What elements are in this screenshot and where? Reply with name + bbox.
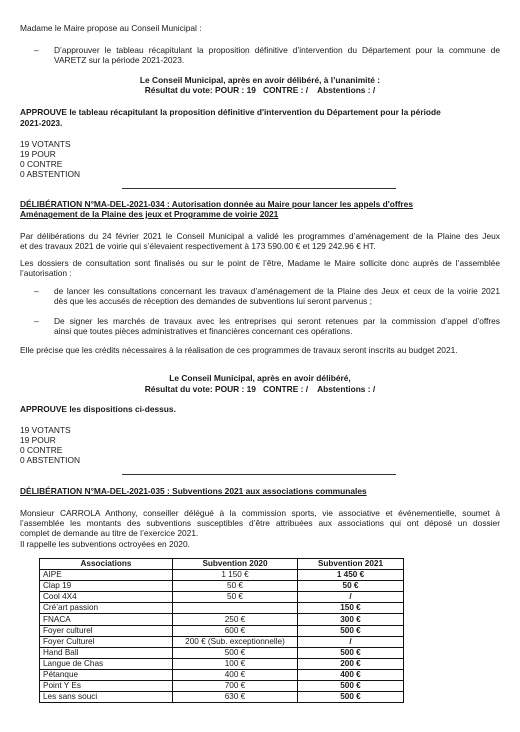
subvention-2021: 1 450 € xyxy=(298,570,404,581)
subvention-2021: 500 € xyxy=(298,647,404,658)
subvention-2021: / xyxy=(298,592,404,603)
tally-abstention: 0 ABSTENTION xyxy=(20,169,80,179)
deliberation-034-title-line1: DÉLIBÉRATION N°MA-DEL-2021-034 : Autoris… xyxy=(20,199,413,209)
approval2-line: APPROUVE les dispositions ci-dessus. xyxy=(20,404,176,414)
association-name: Les sans souci xyxy=(40,692,173,703)
subvention-2020: 200 € (Sub. exceptionnelle) xyxy=(173,636,298,647)
association-name: Clap 19 xyxy=(40,581,173,592)
association-name: Cré’art passion xyxy=(40,603,173,614)
subvention-2020: 700 € xyxy=(173,681,298,692)
subvention-2021: 500 € xyxy=(298,625,404,636)
association-name: Point Y Es xyxy=(40,681,173,692)
para-line3: complet de demande au titre de l’exercic… xyxy=(20,528,500,538)
para1-line2: et des travaux 2021 de voirie qui s’élev… xyxy=(20,241,500,251)
table-row: Cool 4X450 €/ xyxy=(40,592,404,603)
approval1-line1: APPROUVE le tableau récapitulant la prop… xyxy=(20,107,441,117)
para-line4: Il rappelle les subventions octroyées en… xyxy=(20,539,500,549)
approval1-line2: 2021-2023. xyxy=(20,118,62,128)
bullet1-line2: dès que les accusés de réception des dem… xyxy=(54,296,500,306)
tally-votants: 19 VOTANTS xyxy=(20,139,71,149)
deliberation-034-para2: Les dossiers de consultation sont finali… xyxy=(20,258,500,278)
table-row: Les sans souci630 €500 € xyxy=(40,692,404,703)
subvention-2021: 50 € xyxy=(298,581,404,592)
vote2-line1: Le Conseil Municipal, après en avoir dél… xyxy=(20,373,500,383)
deliberation-035-title: DÉLIBÉRATION N°MA-DEL-2021-035 : Subvent… xyxy=(20,486,367,496)
intro-lead: Madame le Maire propose au Conseil Munic… xyxy=(20,23,202,33)
association-name: Hand Ball xyxy=(40,647,173,658)
table-row: Cré’art passion150 € xyxy=(40,603,404,614)
table-body: AIPE1 150 €1 450 €Clap 1950 €50 €Cool 4X… xyxy=(40,570,404,703)
subvention-2021: 500 € xyxy=(298,692,404,703)
tally-votants: 19 VOTANTS xyxy=(20,425,71,435)
bullet1-line1: de lancer les consultations concernant l… xyxy=(54,286,500,296)
header-associations: Associations xyxy=(40,559,173,570)
association-name: Langue de Chas xyxy=(40,658,173,669)
para-line2: l’assemblée les montants des subventions… xyxy=(20,518,500,528)
bullet-dash: – xyxy=(34,286,39,296)
association-name: Foyer Culturel xyxy=(40,636,173,647)
deliberation-034-bullet-2: De signer les marchés de travaux avec le… xyxy=(54,316,500,336)
para-line1: Monsieur CARROLA Anthony, conseiller dél… xyxy=(20,508,500,518)
tally-contre: 0 CONTRE xyxy=(20,159,62,169)
para2-line2: l’autorisation : xyxy=(20,268,500,278)
subvention-2020: 100 € xyxy=(173,658,298,669)
table-row: Point Y Es700 €500 € xyxy=(40,681,404,692)
header-subvention-2020: Subvention 2020 xyxy=(173,559,298,570)
subvention-2020: 630 € xyxy=(173,692,298,703)
subvention-2020: 250 € xyxy=(173,614,298,625)
table-row: Foyer culturel600 €500 € xyxy=(40,625,404,636)
association-name: Cool 4X4 xyxy=(40,592,173,603)
subvention-2021: 300 € xyxy=(298,614,404,625)
association-name: Pétanque xyxy=(40,669,173,680)
table-row: FNACA250 €300 € xyxy=(40,614,404,625)
subvention-2020: 500 € xyxy=(173,647,298,658)
deliberation-035-para: Monsieur CARROLA Anthony, conseiller dél… xyxy=(20,508,500,549)
table-row: Pétanque400 €400 € xyxy=(40,669,404,680)
separator-line xyxy=(122,188,396,189)
intro-bullet: D’approuver le tableau récapitulant la p… xyxy=(54,45,500,65)
intro-bullet-line1: D’approuver le tableau récapitulant la p… xyxy=(54,45,500,55)
vote1-line2: Résultat du vote: POUR : 19 CONTRE : / A… xyxy=(20,85,500,95)
subvention-2021: 150 € xyxy=(298,603,404,614)
tally-pour: 19 POUR xyxy=(20,149,56,159)
tally-abstention: 0 ABSTENTION xyxy=(20,455,80,465)
subvention-2020: 600 € xyxy=(173,625,298,636)
subvention-2021: 400 € xyxy=(298,669,404,680)
subvention-2020: 50 € xyxy=(173,592,298,603)
deliberation-034-bullet-1: de lancer les consultations concernant l… xyxy=(54,286,500,306)
vote1-line1: Le Conseil Municipal, après en avoir dél… xyxy=(20,75,500,85)
table-header-row: Associations Subvention 2020 Subvention … xyxy=(40,559,404,570)
table-row: AIPE1 150 €1 450 € xyxy=(40,570,404,581)
subventions-table: Associations Subvention 2020 Subvention … xyxy=(39,558,404,703)
intro-bullet-line2: VARETZ sur la période 2021-2023. xyxy=(54,55,500,65)
subvention-2021: 200 € xyxy=(298,658,404,669)
deliberation-034-closing: Elle précise que les crédits nécessaires… xyxy=(20,345,458,355)
bullet-dash: – xyxy=(34,316,39,326)
deliberation-034-title-line2: Aménagement de la Plaine des jeux et Pro… xyxy=(20,209,278,219)
subvention-2020 xyxy=(173,603,298,614)
bullet2-line2: ainsi que toutes pièces administratives … xyxy=(54,326,500,336)
table-row: Foyer Culturel200 € (Sub. exceptionnelle… xyxy=(40,636,404,647)
association-name: FNACA xyxy=(40,614,173,625)
table-row: Clap 1950 €50 € xyxy=(40,581,404,592)
para1-line1: Par délibérations du 24 février 2021 le … xyxy=(20,231,500,241)
subvention-2021: 500 € xyxy=(298,681,404,692)
subvention-2020: 50 € xyxy=(173,581,298,592)
vote2-line2: Résultat du vote: POUR : 19 CONTRE : / A… xyxy=(20,384,500,394)
subvention-2021: / xyxy=(298,636,404,647)
header-subvention-2021: Subvention 2021 xyxy=(298,559,404,570)
tally-pour: 19 POUR xyxy=(20,435,56,445)
tally-contre: 0 CONTRE xyxy=(20,445,62,455)
table-row: Hand Ball500 €500 € xyxy=(40,647,404,658)
bullet2-line1: De signer les marchés de travaux avec le… xyxy=(54,316,500,326)
association-name: Foyer culturel xyxy=(40,625,173,636)
separator-line xyxy=(122,474,396,475)
deliberation-034-para1: Par délibérations du 24 février 2021 le … xyxy=(20,231,500,251)
association-name: AIPE xyxy=(40,570,173,581)
subvention-2020: 400 € xyxy=(173,669,298,680)
subvention-2020: 1 150 € xyxy=(173,570,298,581)
table-row: Langue de Chas100 €200 € xyxy=(40,658,404,669)
bullet-dash: – xyxy=(34,45,39,55)
para2-line1: Les dossiers de consultation sont finali… xyxy=(20,258,500,268)
